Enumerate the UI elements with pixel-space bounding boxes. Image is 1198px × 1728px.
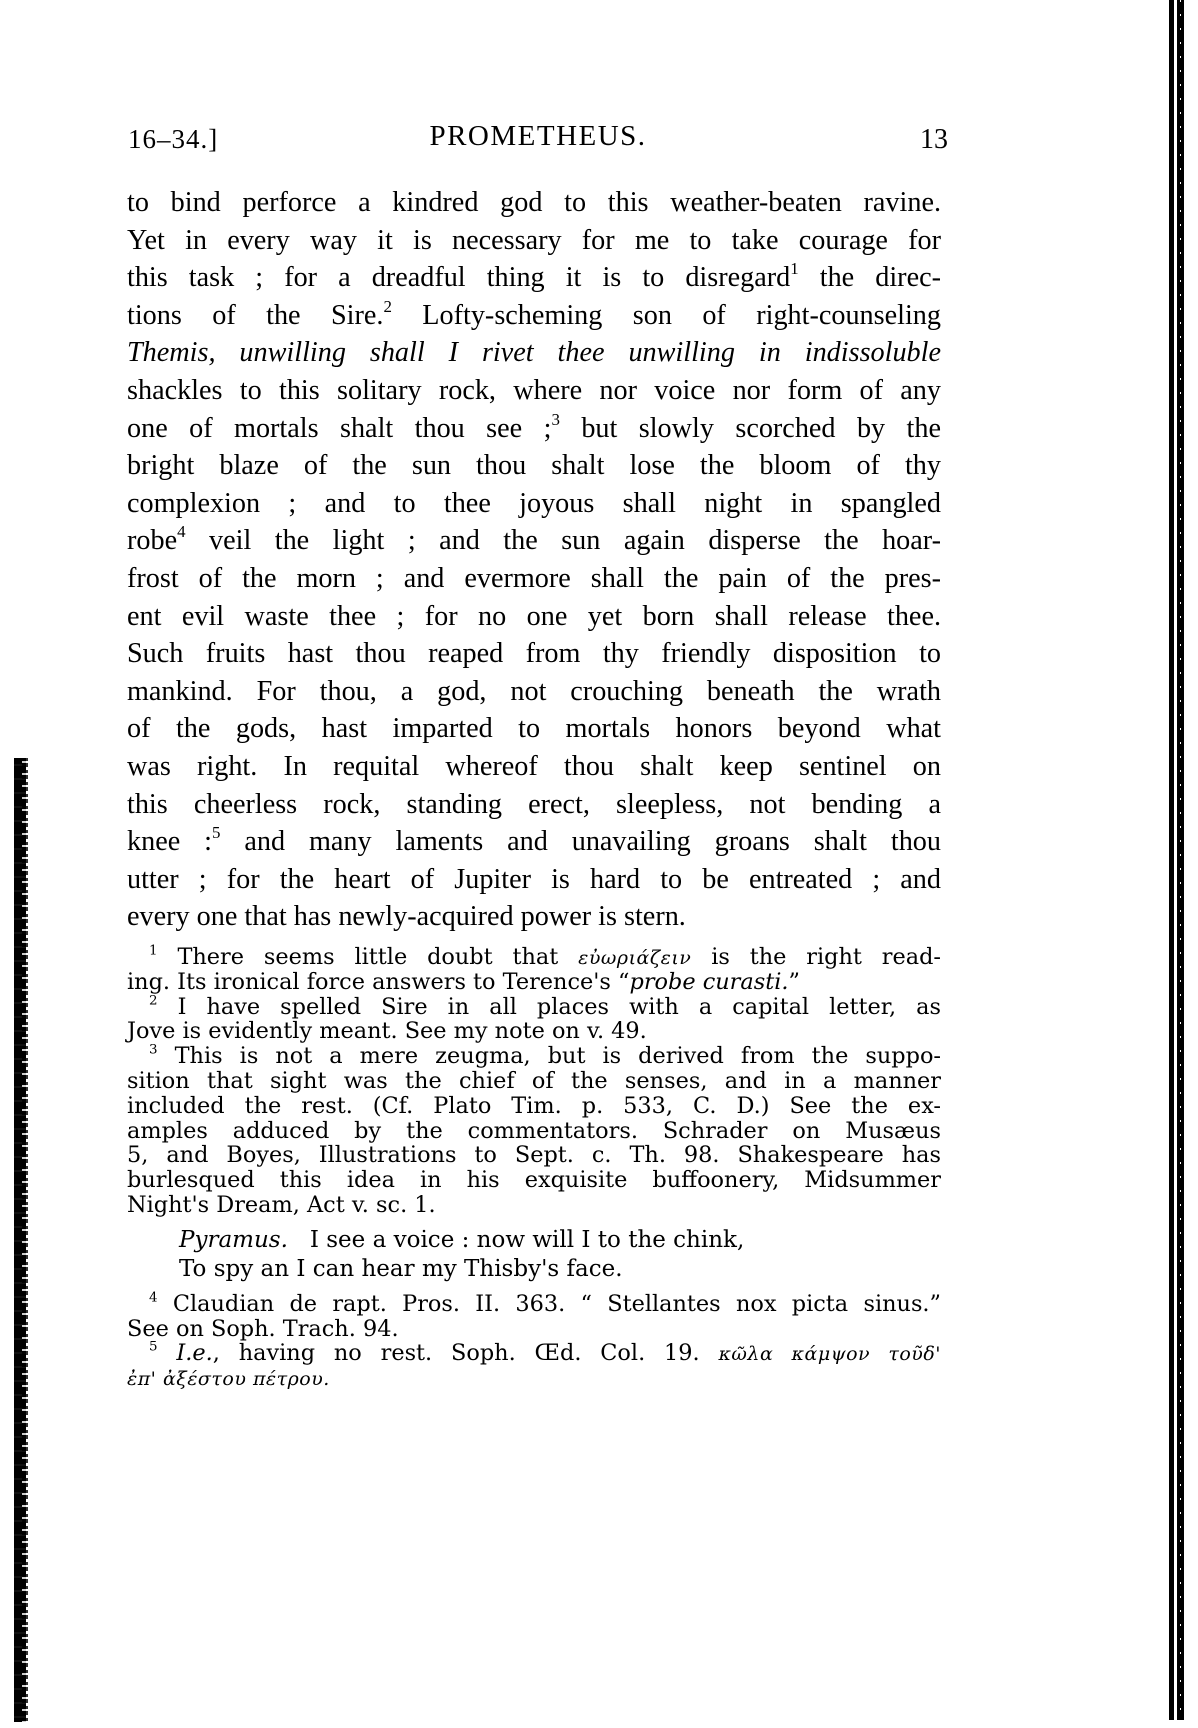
text-run: complexion ; and to thee joyous shall ni…	[127, 488, 941, 519]
footnote-line: See on Soph. Trach. 94.	[127, 1317, 941, 1342]
text-run: 5, and Boyes, Illustrations to Sept. c. …	[127, 1142, 941, 1168]
text-run: one of mortals shalt thou see ;	[127, 413, 551, 444]
text-run: knee :	[127, 826, 212, 857]
body-line: robe4 veil the light ; and the sun again…	[127, 522, 941, 560]
body-line: to bind perforce a kindred god to this w…	[127, 184, 941, 222]
scan-edge-shadow-left	[14, 758, 26, 1722]
footnote-marker: 4	[149, 1290, 158, 1305]
footnote-line: 2 I have spelled Sire in all places with…	[127, 995, 941, 1020]
footnote-line: 1 There seems little doubt that εὐωριάζε…	[127, 945, 941, 970]
footnote-line: 5 I.e., having no rest. Soph. Œd. Col. 1…	[127, 1341, 941, 1366]
italic-text: probe curasti.	[629, 969, 788, 995]
body-line: complexion ; and to thee joyous shall ni…	[127, 485, 941, 523]
footnote-2: 2 I have spelled Sire in all places with…	[127, 995, 941, 1045]
text-run: shackles to this solitary rock, where no…	[127, 375, 941, 406]
text-run: amples adduced by the commentators. Schr…	[127, 1118, 941, 1144]
body-line: tions of the Sire.2 Lofty-scheming son o…	[127, 297, 941, 335]
greek-text: ἐπ' ἀξέστου πέτρου.	[127, 1368, 330, 1390]
text-run: I have spelled Sire in all places with a…	[158, 994, 941, 1020]
text-run: sition that sight was the chief of the s…	[127, 1068, 941, 1094]
body-line: utter ; for the heart of Jupiter is hard…	[127, 861, 941, 899]
footnote-line: 4 Claudian de rapt. Pros. II. 363. “ Ste…	[127, 1292, 941, 1317]
text-run: See on Soph. Trach. 94.	[127, 1316, 399, 1342]
text-run: Night's Dream, Act v. sc. 1.	[127, 1192, 436, 1218]
footnote-marker: 3	[149, 1043, 158, 1058]
footnote-line: amples adduced by the commentators. Schr…	[127, 1119, 941, 1144]
body-line: shackles to this solitary rock, where no…	[127, 372, 941, 410]
text-run: , having no rest. Soph. Œd. Col. 19.	[213, 1340, 719, 1366]
text-run: included the rest. (Cf. Plato Tim. p. 53…	[127, 1093, 941, 1119]
footnote-1: 1 There seems little doubt that εὐωριάζε…	[127, 945, 941, 995]
text-run: burlesqued this idea in his exquisite bu…	[127, 1167, 941, 1193]
footnote-marker: 5	[149, 1340, 158, 1355]
footnote-line: Night's Dream, Act v. sc. 1.	[127, 1193, 941, 1218]
footnote-marker: 1	[790, 259, 798, 278]
text-run: was right. In requital whereof thou shal…	[127, 751, 941, 782]
text-run	[158, 1340, 177, 1366]
text-run: This is not a mere zeugma, but is derive…	[158, 1043, 941, 1069]
greek-text: κῶλα κάμψον τοῦδ'	[718, 1343, 941, 1365]
body-line: knee :5 and many laments and unavailing …	[127, 823, 941, 861]
scan-binding-line-right-outer	[1177, 0, 1184, 1720]
footnote-5: 5 I.e., having no rest. Soph. Œd. Col. 1…	[127, 1341, 941, 1391]
footnote-line: Jove is evidently meant. See my note on …	[127, 1019, 941, 1044]
body-line: one of mortals shalt thou see ;3 but slo…	[127, 410, 941, 448]
page-title: PROMETHEUS.	[128, 120, 948, 153]
verse-line-2: To spy an I can hear my Thisby's face.	[127, 1255, 941, 1284]
footnote-3: 3 This is not a mere zeugma, but is deri…	[127, 1044, 941, 1292]
speaker-name: Pyramus.	[179, 1227, 295, 1253]
text-run: frost of the morn ; and evermore shall t…	[127, 563, 941, 594]
footnote-line: included the rest. (Cf. Plato Tim. p. 53…	[127, 1094, 941, 1119]
text-run: ing. Its ironical force answers to Teren…	[127, 969, 629, 995]
main-text: to bind perforce a kindred god to this w…	[127, 184, 941, 936]
text-run: tions of the Sire.	[127, 300, 383, 331]
footnote-line: ing. Its ironical force answers to Teren…	[127, 970, 941, 995]
body-line: of the gods, hast imparted to mortals ho…	[127, 710, 941, 748]
text-run: of the gods, hast imparted to mortals ho…	[127, 713, 941, 744]
text-run: Lofty-scheming son of right-counseling	[392, 300, 941, 331]
italic-text: I.e.	[176, 1340, 212, 1366]
footnote-line: sition that sight was the chief of the s…	[127, 1069, 941, 1094]
body-line: was right. In requital whereof thou shal…	[127, 748, 941, 786]
text-run: this task ; for a dreadful thing it is t…	[127, 262, 790, 293]
body-line: Yet in every way it is necessary for me …	[127, 222, 941, 260]
footnote-marker: 2	[149, 993, 158, 1008]
footnote-marker: 4	[177, 523, 185, 542]
text-run: There seems little doubt that	[158, 944, 579, 970]
footnote-line: burlesqued this idea in his exquisite bu…	[127, 1168, 941, 1193]
text-run: is the right read-	[691, 944, 941, 970]
page-number: 13	[920, 124, 948, 156]
footnote-marker: 1	[149, 944, 158, 959]
text-run: ent evil waste thee ; for no one yet bor…	[127, 601, 941, 632]
text-run: and many laments and unavailing groans s…	[220, 826, 941, 857]
text-run: ”	[788, 969, 799, 995]
footnote-marker: 2	[383, 297, 391, 316]
text-run: veil the light ; and the sun again dispe…	[186, 525, 941, 556]
text-run: utter ; for the heart of Jupiter is hard…	[127, 864, 941, 895]
footnote-line: ἐπ' ἀξέστου πέτρου.	[127, 1366, 941, 1391]
body-line: Such fruits hast thou reaped from thy fr…	[127, 635, 941, 673]
text-run: bright blaze of the sun thou shalt lose …	[127, 450, 941, 481]
body-line: mankind. For thou, a god, not crouching …	[127, 673, 941, 711]
text-run: the direc-	[799, 262, 941, 293]
running-head: 16–34.] PROMETHEUS. 13	[128, 112, 948, 158]
footnote-marker: 3	[551, 410, 559, 429]
text-run: Yet in every way it is necessary for me …	[127, 225, 941, 256]
text-run: Claudian de rapt. Pros. II. 363. “ Stell…	[158, 1291, 941, 1317]
verse-line-1: Pyramus. I see a voice : now will I to t…	[127, 1226, 941, 1255]
text-run: robe	[127, 525, 177, 556]
footnote-4: 4 Claudian de rapt. Pros. II. 363. “ Ste…	[127, 1292, 941, 1342]
footnote-line: 5, and Boyes, Illustrations to Sept. c. …	[127, 1143, 941, 1168]
text-run: Such fruits hast thou reaped from thy fr…	[127, 638, 941, 669]
verse-text: I see a voice : now will I to the chink,	[295, 1227, 744, 1253]
text-run: every one that has newly-acquired power …	[127, 901, 686, 932]
text-run: this cheerless rock, standing erect, sle…	[127, 789, 941, 820]
footnotes: 1 There seems little doubt that εὐωριάζε…	[127, 945, 941, 1391]
italic-text: Themis, unwilling shall I rivet thee unw…	[127, 337, 941, 368]
body-line: every one that has newly-acquired power …	[127, 898, 941, 936]
body-line: frost of the morn ; and evermore shall t…	[127, 560, 941, 598]
body-line: Themis, unwilling shall I rivet thee unw…	[127, 334, 941, 372]
text-run: Jove is evidently meant. See my note on …	[127, 1018, 647, 1044]
body-line: bright blaze of the sun thou shalt lose …	[127, 447, 941, 485]
body-line: this cheerless rock, standing erect, sle…	[127, 786, 941, 824]
body-line: this task ; for a dreadful thing it is t…	[127, 259, 941, 297]
scan-binding-line-right-inner	[1169, 0, 1174, 1720]
footnote-line: 3 This is not a mere zeugma, but is deri…	[127, 1044, 941, 1069]
text-run: mankind. For thou, a god, not crouching …	[127, 676, 941, 707]
body-line: ent evil waste thee ; for no one yet bor…	[127, 598, 941, 636]
greek-text: εὐωριάζειν	[578, 947, 691, 969]
text-run: to bind perforce a kindred god to this w…	[127, 187, 941, 218]
text-run: but slowly scorched by the	[560, 413, 941, 444]
